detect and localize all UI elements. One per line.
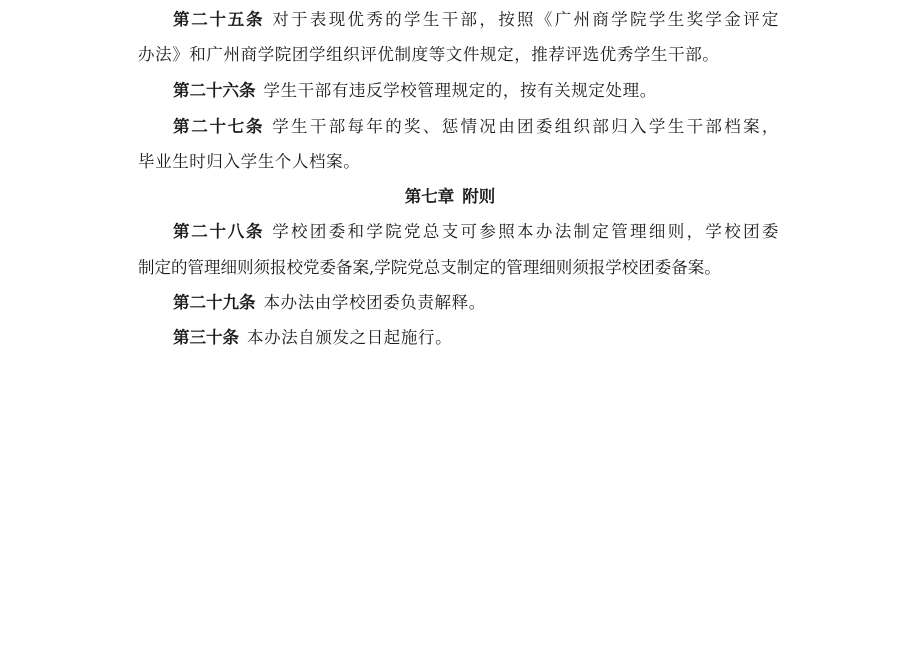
article-28-line-2: 制定的管理细则须报校党委备案,学院党总支制定的管理细则须报学校团委备案。 [138,257,783,279]
chapter-title: 附则 [462,187,495,206]
article-30-line-1: 第三十条本办法自颁发之日起施行。 [173,327,818,349]
document-page: 第二十五条对于表现优秀的学生干部，按照《广州商学院学生奖学金评定 办法》和广州商… [0,0,900,659]
article-25-line-2: 办法》和广州商学院团学组织评优制度等文件规定，推荐评选优秀学生干部。 [138,44,783,66]
article-29-line-1: 第二十九条本办法由学校团委负责解释。 [173,292,818,314]
article-text: 对于表现优秀的学生干部，按照《广州商学院学生奖学金评定 [272,10,779,29]
article-25-line-1: 第二十五条对于表现优秀的学生干部，按照《广州商学院学生奖学金评定 [173,9,779,31]
article-text: 学校团委和学院党总支可参照本办法制定管理细则，学校团委 [272,222,779,241]
article-27-line-1: 第二十七条学生干部每年的奖、惩情况由团委组织部归入学生干部档案， [173,116,779,138]
article-number: 第二十七条 [173,117,264,136]
article-text: 制定的管理细则须报校党委备案,学院党总支制定的管理细则须报学校团委备案。 [138,258,721,277]
article-text: 本办法由学校团委负责解释。 [264,293,486,312]
article-number: 第二十六条 [173,81,256,100]
article-27-line-2: 毕业生时归入学生个人档案。 [138,151,783,173]
article-text: 办法》和广州商学院团学组织评优制度等文件规定，推荐评选优秀学生干部。 [138,45,719,64]
chapter-number: 第七章 [405,187,455,206]
article-number: 第二十八条 [173,222,264,241]
article-text: 毕业生时归入学生个人档案。 [138,152,360,171]
article-number: 第二十九条 [173,293,256,312]
article-28-line-1: 第二十八条学校团委和学院党总支可参照本办法制定管理细则，学校团委 [173,221,779,243]
article-number: 第三十条 [173,328,239,347]
chapter-heading: 第七章附则 [0,186,900,208]
article-number: 第二十五条 [173,10,264,29]
article-26-line-1: 第二十六条学生干部有违反学校管理规定的，按有关规定处理。 [173,80,818,102]
article-text: 本办法自颁发之日起施行。 [247,328,452,347]
article-text: 学生干部每年的奖、惩情况由团委组织部归入学生干部档案， [272,117,779,136]
article-text: 学生干部有违反学校管理规定的，按有关规定处理。 [264,81,657,100]
